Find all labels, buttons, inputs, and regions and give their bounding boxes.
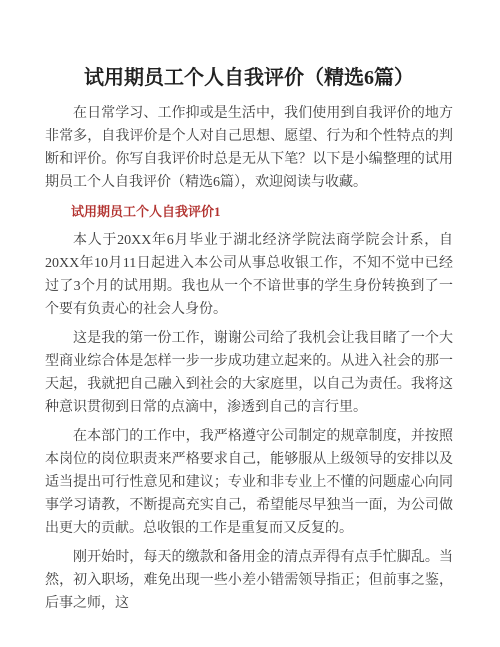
- body-paragraph: 刚开始时，每天的缴款和备用金的清点弄得有点手忙脚乱。当然，初入职场，难免出现一些…: [45, 546, 453, 615]
- section-heading: 试用期员工个人自我评价1: [45, 200, 453, 223]
- document-page: 试用期员工个人自我评价（精选6篇） 在日常学习、工作抑或是生活中，我们使用到自我…: [0, 0, 500, 647]
- document-title: 试用期员工个人自我评价（精选6篇）: [45, 64, 453, 92]
- body-paragraph: 在本部门的工作中，我严格遵守公司制定的规章制度，并按照本岗位的岗位职责来严格要求…: [45, 425, 453, 540]
- body-paragraph: 本人于20XX年6月毕业于湖北经济学院法商学院会计系，自20XX年10月11日起…: [45, 229, 453, 321]
- intro-paragraph: 在日常学习、工作抑或是生活中，我们使用到自我评价的地方非常多，自我评价是个人对自…: [45, 102, 453, 194]
- body-paragraph: 这是我的第一份工作，谢谢公司给了我机会让我目睹了一个大型商业综合体是怎样一步一步…: [45, 327, 453, 419]
